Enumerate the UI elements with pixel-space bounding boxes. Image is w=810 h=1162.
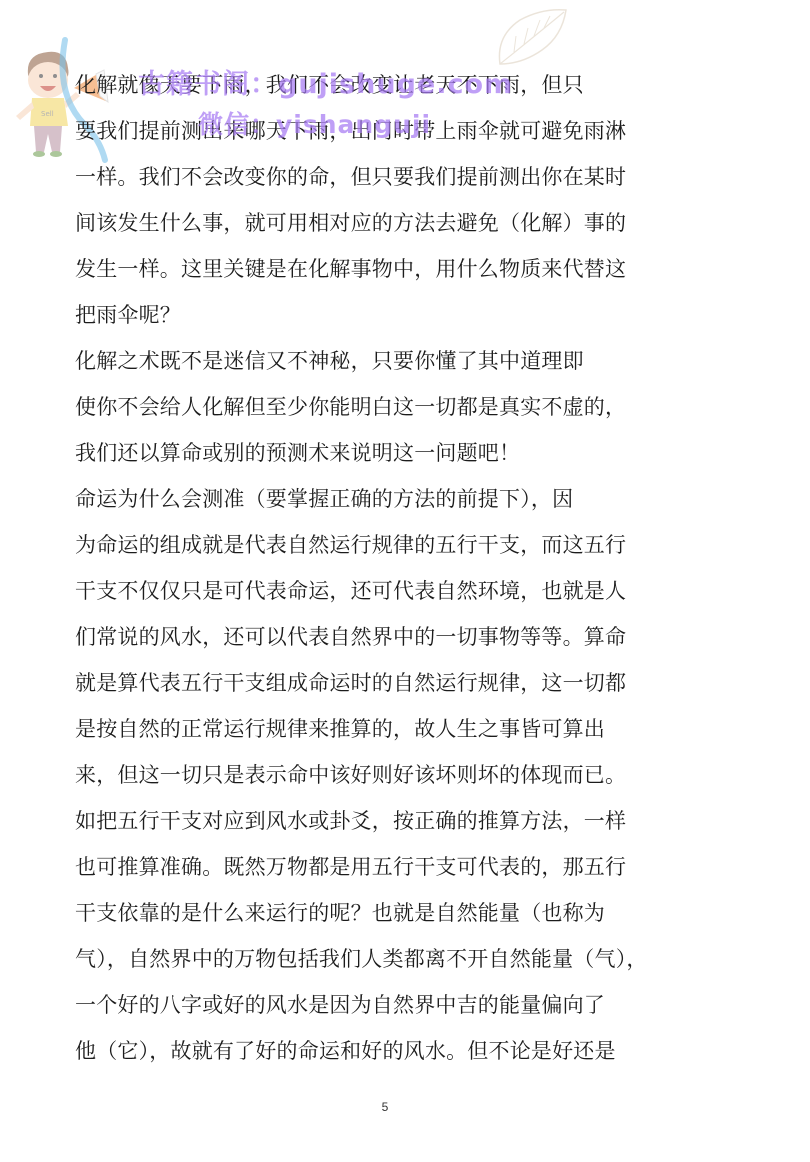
- text-line: 把雨伞呢？: [75, 292, 735, 338]
- text-line: 干支不仅仅只是可代表命运，还可代表自然环境，也就是人: [75, 568, 735, 614]
- page-number: 5: [375, 1100, 395, 1114]
- text-line: 化解就像天要下雨，我们不会改变让老天不下雨，但只: [75, 62, 735, 108]
- text-line: 一样。我们不会改变你的命，但只要我们提前测出你在某时: [75, 154, 735, 200]
- text-line: 也可推算准确。既然万物都是用五行干支可代表的，那五行: [75, 844, 735, 890]
- text-line: 如把五行干支对应到风水或卦爻，按正确的推算方法，一样: [75, 798, 735, 844]
- text-line: 来，但这一切只是表示命中该好则好该坏则坏的体现而已。: [75, 752, 735, 798]
- text-line: 命运为什么会测准（要掌握正确的方法的前提下），因: [75, 476, 735, 522]
- text-line: 是按自然的正常运行规律来推算的，故人生之事皆可算出: [75, 706, 735, 752]
- text-line: 气），自然界中的万物包括我们人类都离不开自然能量（气），: [75, 936, 735, 982]
- svg-text:Sell: Sell: [41, 110, 54, 118]
- text-line: 化解之术既不是迷信又不神秘，只要你懂了其中道理即: [75, 338, 735, 384]
- text-line: 我们还以算命或别的预测术来说明这一问题吧！: [75, 430, 735, 476]
- body-text: 化解就像天要下雨，我们不会改变让老天不下雨，但只 要我们提前测出来哪天下雨，出门…: [75, 62, 735, 1074]
- text-line: 干支依靠的是什么来运行的呢？也就是自然能量（也称为: [75, 890, 735, 936]
- text-line: 间该发生什么事，就可用相对应的方法去避免（化解）事的: [75, 200, 735, 246]
- text-line: 要我们提前测出来哪天下雨，出门时带上雨伞就可避免雨淋: [75, 108, 735, 154]
- text-line: 就是算代表五行干支组成命运时的自然运行规律，这一切都: [75, 660, 735, 706]
- text-line: 为命运的组成就是代表自然运行规律的五行干支，而这五行: [75, 522, 735, 568]
- leaf-icon: [490, 6, 570, 66]
- text-line: 他（它），故就有了好的命运和好的风水。但不论是好还是: [75, 1028, 735, 1074]
- document-page: Sell 化解就像天要下雨，我们不会改变让老天不下雨，但只 要我们提前测出来哪天…: [0, 0, 810, 1162]
- text-line: 一个好的八字或好的风水是因为自然界中吉的能量偏向了: [75, 982, 735, 1028]
- text-line: 发生一样。这里关键是在化解事物中，用什么物质来代替这: [75, 246, 735, 292]
- text-line: 使你不会给人化解但至少你能明白这一切都是真实不虚的，: [75, 384, 735, 430]
- text-line: 们常说的风水，还可以代表自然界中的一切事物等等。算命: [75, 614, 735, 660]
